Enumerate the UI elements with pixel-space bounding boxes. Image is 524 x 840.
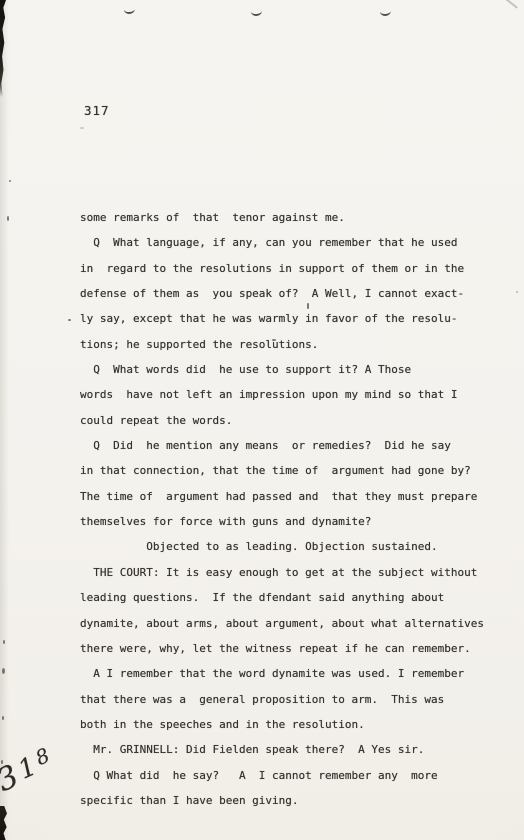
typed-page-number: 317: [84, 103, 110, 118]
typed-text-line: in that connection, that the time of arg…: [80, 458, 510, 483]
typed-text-line: tions; he supported the resolutions.: [80, 332, 510, 357]
ink-speck: [68, 319, 71, 321]
transcript-text-block: some remarks of that tenor against me. Q…: [80, 205, 510, 813]
ink-speck: [2, 716, 4, 720]
top-edge-tick-mark: [124, 8, 135, 15]
scanned-transcript-page: 317 some remarks of that tenor against m…: [0, 0, 524, 840]
typed-text-line: A I remember that the word dynamite was …: [80, 661, 510, 686]
typed-text-line: words have not left an impression upon m…: [80, 382, 510, 407]
top-edge-tick-mark: [251, 10, 262, 17]
typed-text-line: in regard to the resolutions in support …: [80, 256, 510, 281]
handwritten-page-number: 318: [0, 741, 62, 799]
ink-speck: [80, 127, 84, 129]
ink-speck: [2, 668, 5, 674]
typed-text-line: Q Did he mention any means or remedies? …: [80, 433, 510, 458]
ink-speck: [7, 216, 9, 221]
typed-text-line: both in the speeches and in the resoluti…: [80, 712, 510, 737]
typed-text-line: specific than I have been giving.: [80, 788, 510, 813]
typed-text-line: The time of argument had passed and that…: [80, 484, 510, 509]
typed-text-line: there were, why, let the witness repeat …: [80, 636, 510, 661]
typed-text-line: Q What words did he use to support it? A…: [80, 357, 510, 382]
typed-text-line: Q What language, if any, can you remembe…: [80, 230, 510, 255]
left-edge-scan-shading: [0, 0, 9, 840]
typed-text-line: themselves for force with guns and dynam…: [80, 509, 510, 534]
ink-speck: [9, 180, 11, 182]
typed-text-line: THE COURT: It is easy enough to get at t…: [80, 560, 510, 585]
typed-text-line: could repeat the words.: [80, 408, 510, 433]
top-edge-tick-mark: [380, 10, 391, 17]
typed-text-line: dynamite, about arms, about argument, ab…: [80, 611, 510, 636]
typed-text-line: leading questions. If the dfendant said …: [80, 585, 510, 610]
typed-text-line: Q What did he say? A I cannot remember a…: [80, 763, 510, 788]
typed-text-line: Mr. GRINNELL: Did Fielden speak there? A…: [80, 737, 510, 762]
typed-text-line: ly say, except that he was warmly in fav…: [80, 306, 510, 331]
typed-text-line: some remarks of that tenor against me.: [80, 205, 510, 230]
ink-speck: [3, 640, 5, 644]
typed-text-line: that there was a general proposition to …: [80, 687, 510, 712]
smudge-top-right: [504, 0, 518, 9]
typed-text-line: defense of them as you speak of? A Well,…: [80, 281, 510, 306]
ink-speck: [516, 291, 518, 293]
typed-text-line: Objected to as leading. Objection sustai…: [80, 534, 510, 559]
